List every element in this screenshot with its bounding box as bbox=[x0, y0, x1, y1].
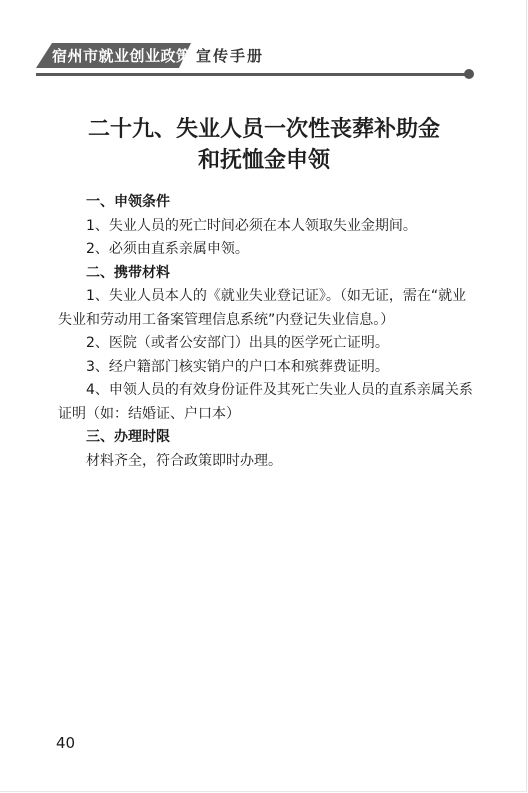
page-title-line-1: 二十九、失业人员一次性丧葬补助金 bbox=[0, 112, 528, 143]
list-item: 1、失业人员本人的《就业失业登记证》。（如无证，需在“就业失业和劳动用工备案管理… bbox=[58, 285, 478, 332]
header-subtitle: 宣传手册 bbox=[196, 44, 264, 68]
document-body: 一、申领条件 1、失业人员的死亡时间必须在本人领取失业金期间。 2、必须由直系亲… bbox=[58, 191, 478, 473]
page-number: 40 bbox=[56, 734, 75, 752]
list-item: 3、经户籍部门核实销户的户口本和殡葬费证明。 bbox=[58, 356, 478, 380]
header-rule bbox=[36, 73, 468, 76]
header-dot-icon bbox=[464, 69, 474, 79]
page-title-line-2: 和抚恤金申领 bbox=[0, 143, 528, 174]
list-item: 2、必须由直系亲属申领。 bbox=[58, 238, 478, 262]
list-item: 材料齐全，符合政策即时办理。 bbox=[58, 450, 478, 474]
list-item: 2、医院（或者公安部门）出具的医学死亡证明。 bbox=[58, 332, 478, 356]
section-heading-time-limit: 三、办理时限 bbox=[58, 426, 478, 450]
list-item: 4、申领人员的有效身份证件及其死亡失业人员的直系亲属关系证明（如：结婚证、户口本… bbox=[58, 379, 478, 426]
list-item: 1、失业人员的死亡时间必须在本人领取失业金期间。 bbox=[58, 215, 478, 239]
section-heading-conditions: 一、申领条件 bbox=[58, 191, 478, 215]
section-heading-materials: 二、携带材料 bbox=[58, 262, 478, 286]
header-banner-text: 宿州市就业创业政策 bbox=[52, 44, 192, 68]
